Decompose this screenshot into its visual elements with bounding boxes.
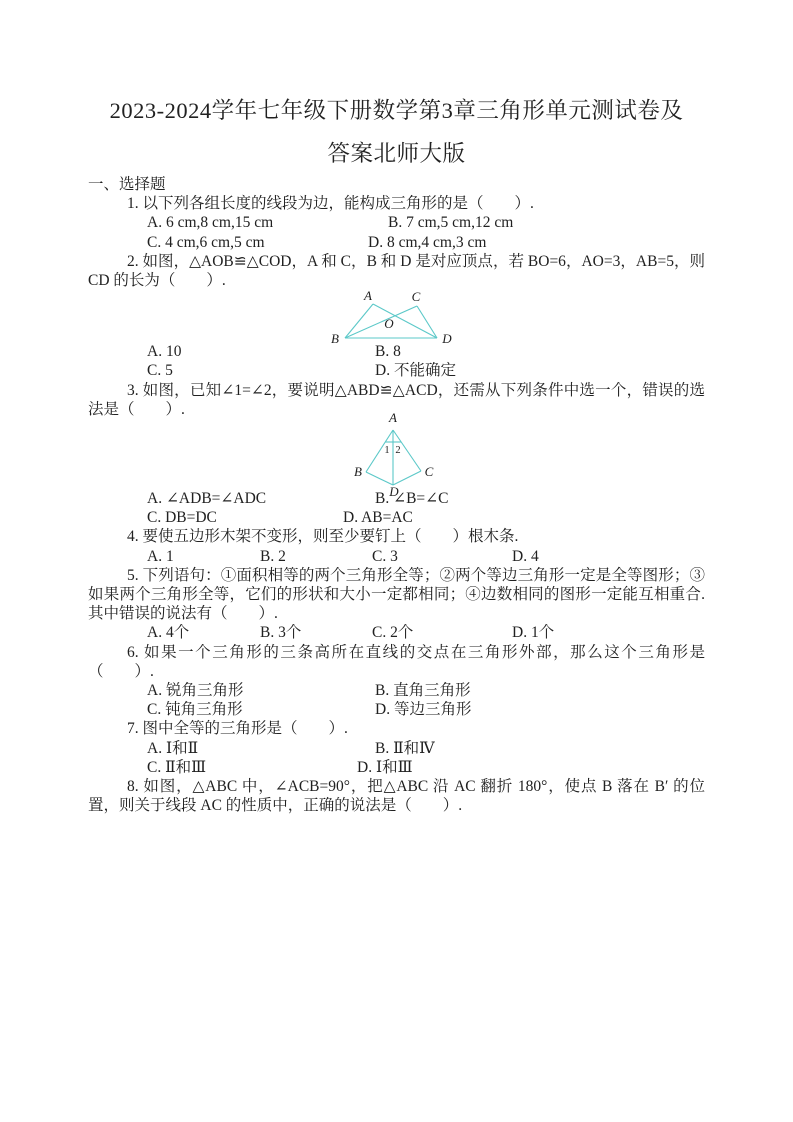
question-1-options-row-2: C. 4 cm,6 cm,5 cm D. 8 cm,4 cm,3 cm	[88, 233, 705, 252]
figure-q2-labels: A C O B D	[331, 288, 452, 346]
question-7-option-b: B. Ⅱ和Ⅳ	[375, 739, 435, 758]
document-title-line-1: 2023-2024学年七年级下册数学第3章三角形单元测试卷及	[88, 89, 705, 132]
question-5-option-c: C. 2个	[372, 623, 512, 642]
figure-q3-kite-triangle: A 1 2 B C D	[88, 419, 705, 489]
document-title-line-2: 答案北师大版	[88, 132, 705, 175]
question-2-options-row-1: A. 10 B. 8	[88, 342, 705, 361]
question-1-options-row-1: A. 6 cm,8 cm,15 cm B. 7 cm,5 cm,12 cm	[88, 213, 705, 232]
document-page: 2023-2024学年七年级下册数学第3章三角形单元测试卷及 答案北师大版 一、…	[0, 0, 793, 1122]
question-6-option-d: D. 等边三角形	[375, 700, 471, 719]
section-heading: 一、选择题	[88, 175, 705, 194]
question-6-stem: 6. 如果一个三角形的三条高所在直线的交点在三角形外部，那么这个三角形是（ ）.	[88, 643, 705, 681]
question-7-option-a: A. Ⅰ和Ⅱ	[147, 739, 375, 758]
question-5-stem: 5. 下列语句：①面积相等的两个三角形全等；②两个等边三角形一定是全等图形；③如…	[88, 566, 705, 624]
question-1-option-a: A. 6 cm,8 cm,15 cm	[147, 213, 388, 232]
question-list: 一、选择题 1. 以下列各组长度的线段为边，能构成三角形的是（ ）. A. 6 …	[88, 175, 705, 815]
vertex-label-a: A	[363, 288, 372, 303]
figure-q3-svg: A 1 2 B C D	[352, 412, 442, 498]
question-6-option-b: B. 直角三角形	[375, 681, 471, 700]
question-2-option-c: C. 5	[147, 361, 375, 380]
question-6-options-row-1: A. 锐角三角形 B. 直角三角形	[88, 681, 705, 700]
vertex-label-d: D	[441, 331, 452, 346]
question-5-option-d: D. 1个	[512, 623, 554, 642]
question-2-option-d: D. 不能确定	[375, 361, 456, 380]
vertex-label-o: O	[384, 316, 394, 331]
question-7-option-d: D. Ⅰ和Ⅲ	[357, 758, 413, 777]
question-1-stem: 1. 以下列各组长度的线段为边，能构成三角形的是（ ）.	[88, 194, 705, 213]
question-3-option-d: D. AB=AC	[343, 508, 413, 527]
question-4-option-b: B. 2	[260, 547, 372, 566]
figure-q3-edges	[366, 430, 421, 485]
vertex-label-a: A	[388, 410, 397, 425]
question-4-stem: 4. 要使五边形木架不变形，则至少要钉上（ ）根木条.	[88, 527, 705, 546]
question-2-option-b: B. 8	[375, 342, 401, 361]
question-2-stem: 2. 如图，△AOB≌△COD，A 和 C，B 和 D 是对应顶点，若 BO=6…	[88, 252, 705, 290]
question-3-option-c: C. DB=DC	[147, 508, 343, 527]
question-6-options-row-2: C. 钝角三角形 D. 等边三角形	[88, 700, 705, 719]
question-7-options-row-1: A. Ⅰ和Ⅱ B. Ⅱ和Ⅳ	[88, 739, 705, 758]
question-3-options-row-2: C. DB=DC D. AB=AC	[88, 508, 705, 527]
question-7-stem: 7. 图中全等的三角形是（ ）.	[88, 719, 705, 738]
question-5-option-a: A. 4个	[147, 623, 260, 642]
question-1-option-b: B. 7 cm,5 cm,12 cm	[388, 213, 513, 232]
question-2-option-a: A. 10	[147, 342, 375, 361]
document-title: 2023-2024学年七年级下册数学第3章三角形单元测试卷及 答案北师大版	[88, 89, 705, 175]
question-5-options-row: A. 4个 B. 3个 C. 2个 D. 1个	[88, 623, 705, 642]
document-content: 2023-2024学年七年级下册数学第3章三角形单元测试卷及 答案北师大版 一、…	[88, 0, 705, 815]
question-4-option-a: A. 1	[147, 547, 260, 566]
question-4-option-d: D. 4	[512, 547, 539, 566]
question-3-option-b: B. ∠B=∠C	[375, 489, 448, 508]
vertex-label-c: C	[424, 464, 433, 479]
figure-q3-labels: A 1 2 B C D	[354, 410, 434, 499]
figure-q2-svg: A C O B D	[327, 288, 467, 344]
question-4-options-row: A. 1 B. 2 C. 3 D. 4	[88, 547, 705, 566]
question-4-option-c: C. 3	[372, 547, 512, 566]
vertex-label-c: C	[411, 289, 420, 304]
question-6-option-a: A. 锐角三角形	[147, 681, 375, 700]
question-3-option-a: A. ∠ADB=∠ADC	[147, 489, 375, 508]
vertex-label-b: B	[354, 464, 362, 479]
question-7-option-c: C. Ⅱ和Ⅲ	[147, 758, 357, 777]
question-2-options-row-2: C. 5 D. 不能确定	[88, 361, 705, 380]
question-1-option-d: D. 8 cm,4 cm,3 cm	[368, 233, 486, 252]
question-5-option-b: B. 3个	[260, 623, 372, 642]
figure-q2-congruent-triangles: A C O B D	[88, 290, 705, 342]
question-3-options-row-1: A. ∠ADB=∠ADC B. ∠B=∠C	[88, 489, 705, 508]
angle-label-1: 1	[384, 445, 389, 456]
angle-label-2: 2	[395, 445, 400, 456]
question-6-option-c: C. 钝角三角形	[147, 700, 375, 719]
question-1-option-c: C. 4 cm,6 cm,5 cm	[147, 233, 368, 252]
question-8-stem: 8. 如图，△ABC 中，∠ACB=90°，把△ABC 沿 AC 翻折 180°…	[88, 777, 705, 815]
question-7-options-row-2: C. Ⅱ和Ⅲ D. Ⅰ和Ⅲ	[88, 758, 705, 777]
